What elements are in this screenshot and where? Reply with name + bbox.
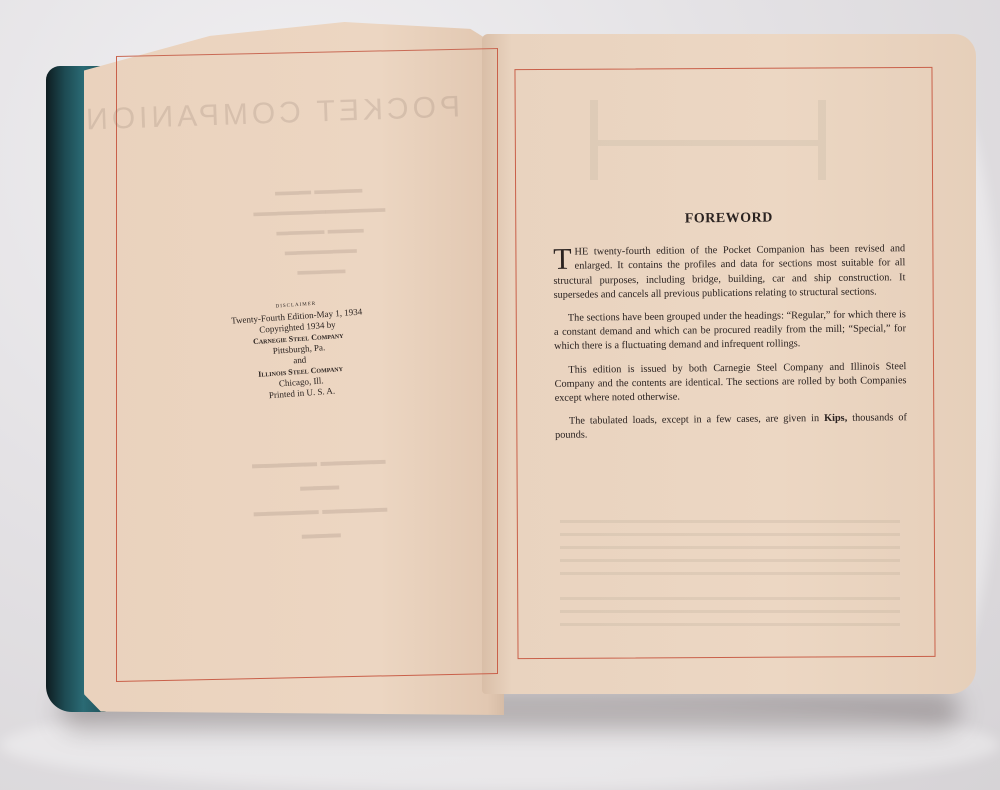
show-through-lines: [560, 510, 900, 636]
show-through-figure: [590, 100, 826, 180]
foreword-section: FOREWORD THE twenty-fourth edition of th…: [553, 210, 907, 452]
foreword-paragraph: This edition is issued by both Carnegie …: [554, 360, 906, 406]
foreword-heading: FOREWORD: [553, 210, 905, 228]
foreword-paragraph: The tabulated loads, except in a few cas…: [555, 411, 907, 443]
foreword-paragraph: The sections have been grouped under the…: [554, 308, 906, 354]
kips-bold: Kips,: [824, 413, 847, 424]
foreword-paragraph: THE twenty-fourth edition of the Pocket …: [553, 242, 906, 302]
imprint-block: DISCLAIMER Twenty-Fourth Edition-May 1, …: [211, 294, 387, 405]
show-through-lines: ▬▬▬▬ ▬▬▬▬▬▬▬▬▬▬▬▬▬▬▬▬▬ ▬▬▬▬▬▬▬▬▬▬▬▬▬▬: [188, 175, 451, 284]
show-through-publisher: ▬▬▬▬▬ ▬▬▬▬▬▬▬▬▬▬▬▬▬ ▬▬▬▬▬▬▬▬: [198, 446, 441, 550]
drop-cap: T: [553, 248, 572, 272]
